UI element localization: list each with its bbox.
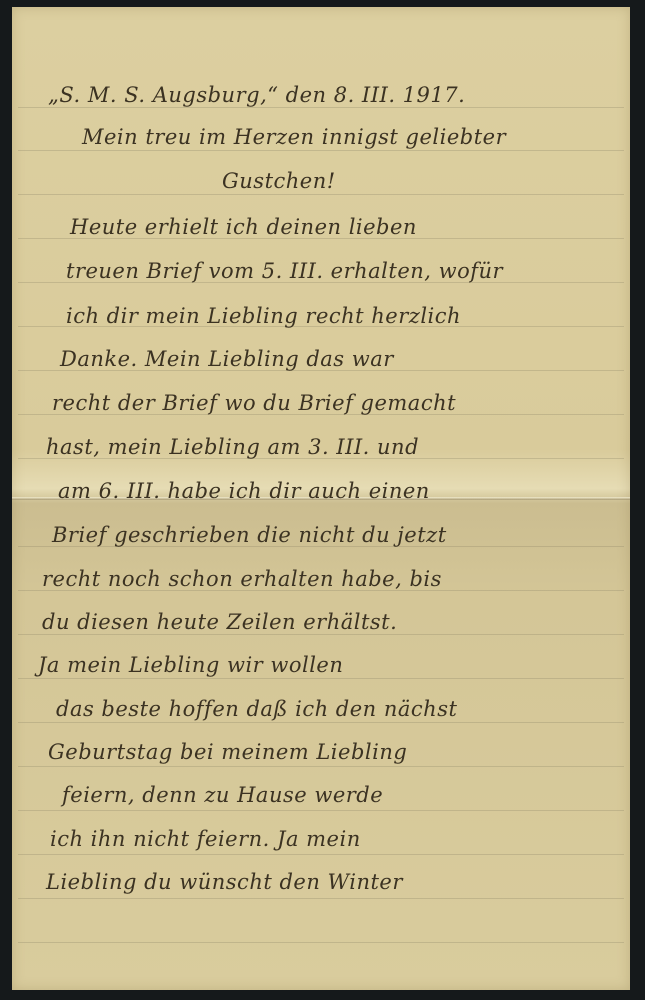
body-line: Brief geschrieben die nicht du jetzt xyxy=(52,523,447,547)
ruled-line xyxy=(18,194,624,195)
salutation-name: Gustchen! xyxy=(222,169,336,193)
body-line: ich ihn nicht feiern. Ja mein xyxy=(50,827,361,851)
body-line: Danke. Mein Liebling das war xyxy=(60,347,394,371)
body-line: ich dir mein Liebling recht herzlich xyxy=(66,304,461,328)
ruled-line xyxy=(18,150,624,151)
body-line: Ja mein Liebling wir wollen xyxy=(38,653,343,677)
ruled-line xyxy=(18,810,624,811)
letter-heading-date: „S. M. S. Augsburg,“ den 8. III. 1917. xyxy=(48,83,465,107)
body-line: Geburtstag bei meinem Liebling xyxy=(48,740,407,764)
salutation: Mein treu im Herzen innigst geliebter xyxy=(82,125,506,149)
ruled-line xyxy=(18,722,624,723)
body-line: das beste hoffen daß ich den nächst xyxy=(56,697,457,721)
body-line: feiern, denn zu Hause werde xyxy=(62,783,383,807)
body-line: Heute erhielt ich deinen lieben xyxy=(70,215,417,239)
ruled-line xyxy=(18,766,624,767)
ruled-line xyxy=(18,634,624,635)
ruled-line xyxy=(18,898,624,899)
body-line: hast, mein Liebling am 3. III. und xyxy=(46,435,419,459)
body-line: du diesen heute Zeilen erhältst. xyxy=(42,610,397,634)
body-line: Liebling du wünscht den Winter xyxy=(46,870,403,894)
ruled-line xyxy=(18,854,624,855)
ruled-line xyxy=(18,107,624,108)
body-line: recht der Brief wo du Brief gemacht xyxy=(52,391,456,415)
ruled-line xyxy=(18,942,624,943)
body-line: am 6. III. habe ich dir auch einen xyxy=(58,479,430,503)
ruled-line xyxy=(18,678,624,679)
body-line: treuen Brief vom 5. III. erhalten, wofür xyxy=(66,259,503,283)
letter-page: „S. M. S. Augsburg,“ den 8. III. 1917. M… xyxy=(12,7,630,990)
body-line: recht noch schon erhalten habe, bis xyxy=(42,567,442,591)
